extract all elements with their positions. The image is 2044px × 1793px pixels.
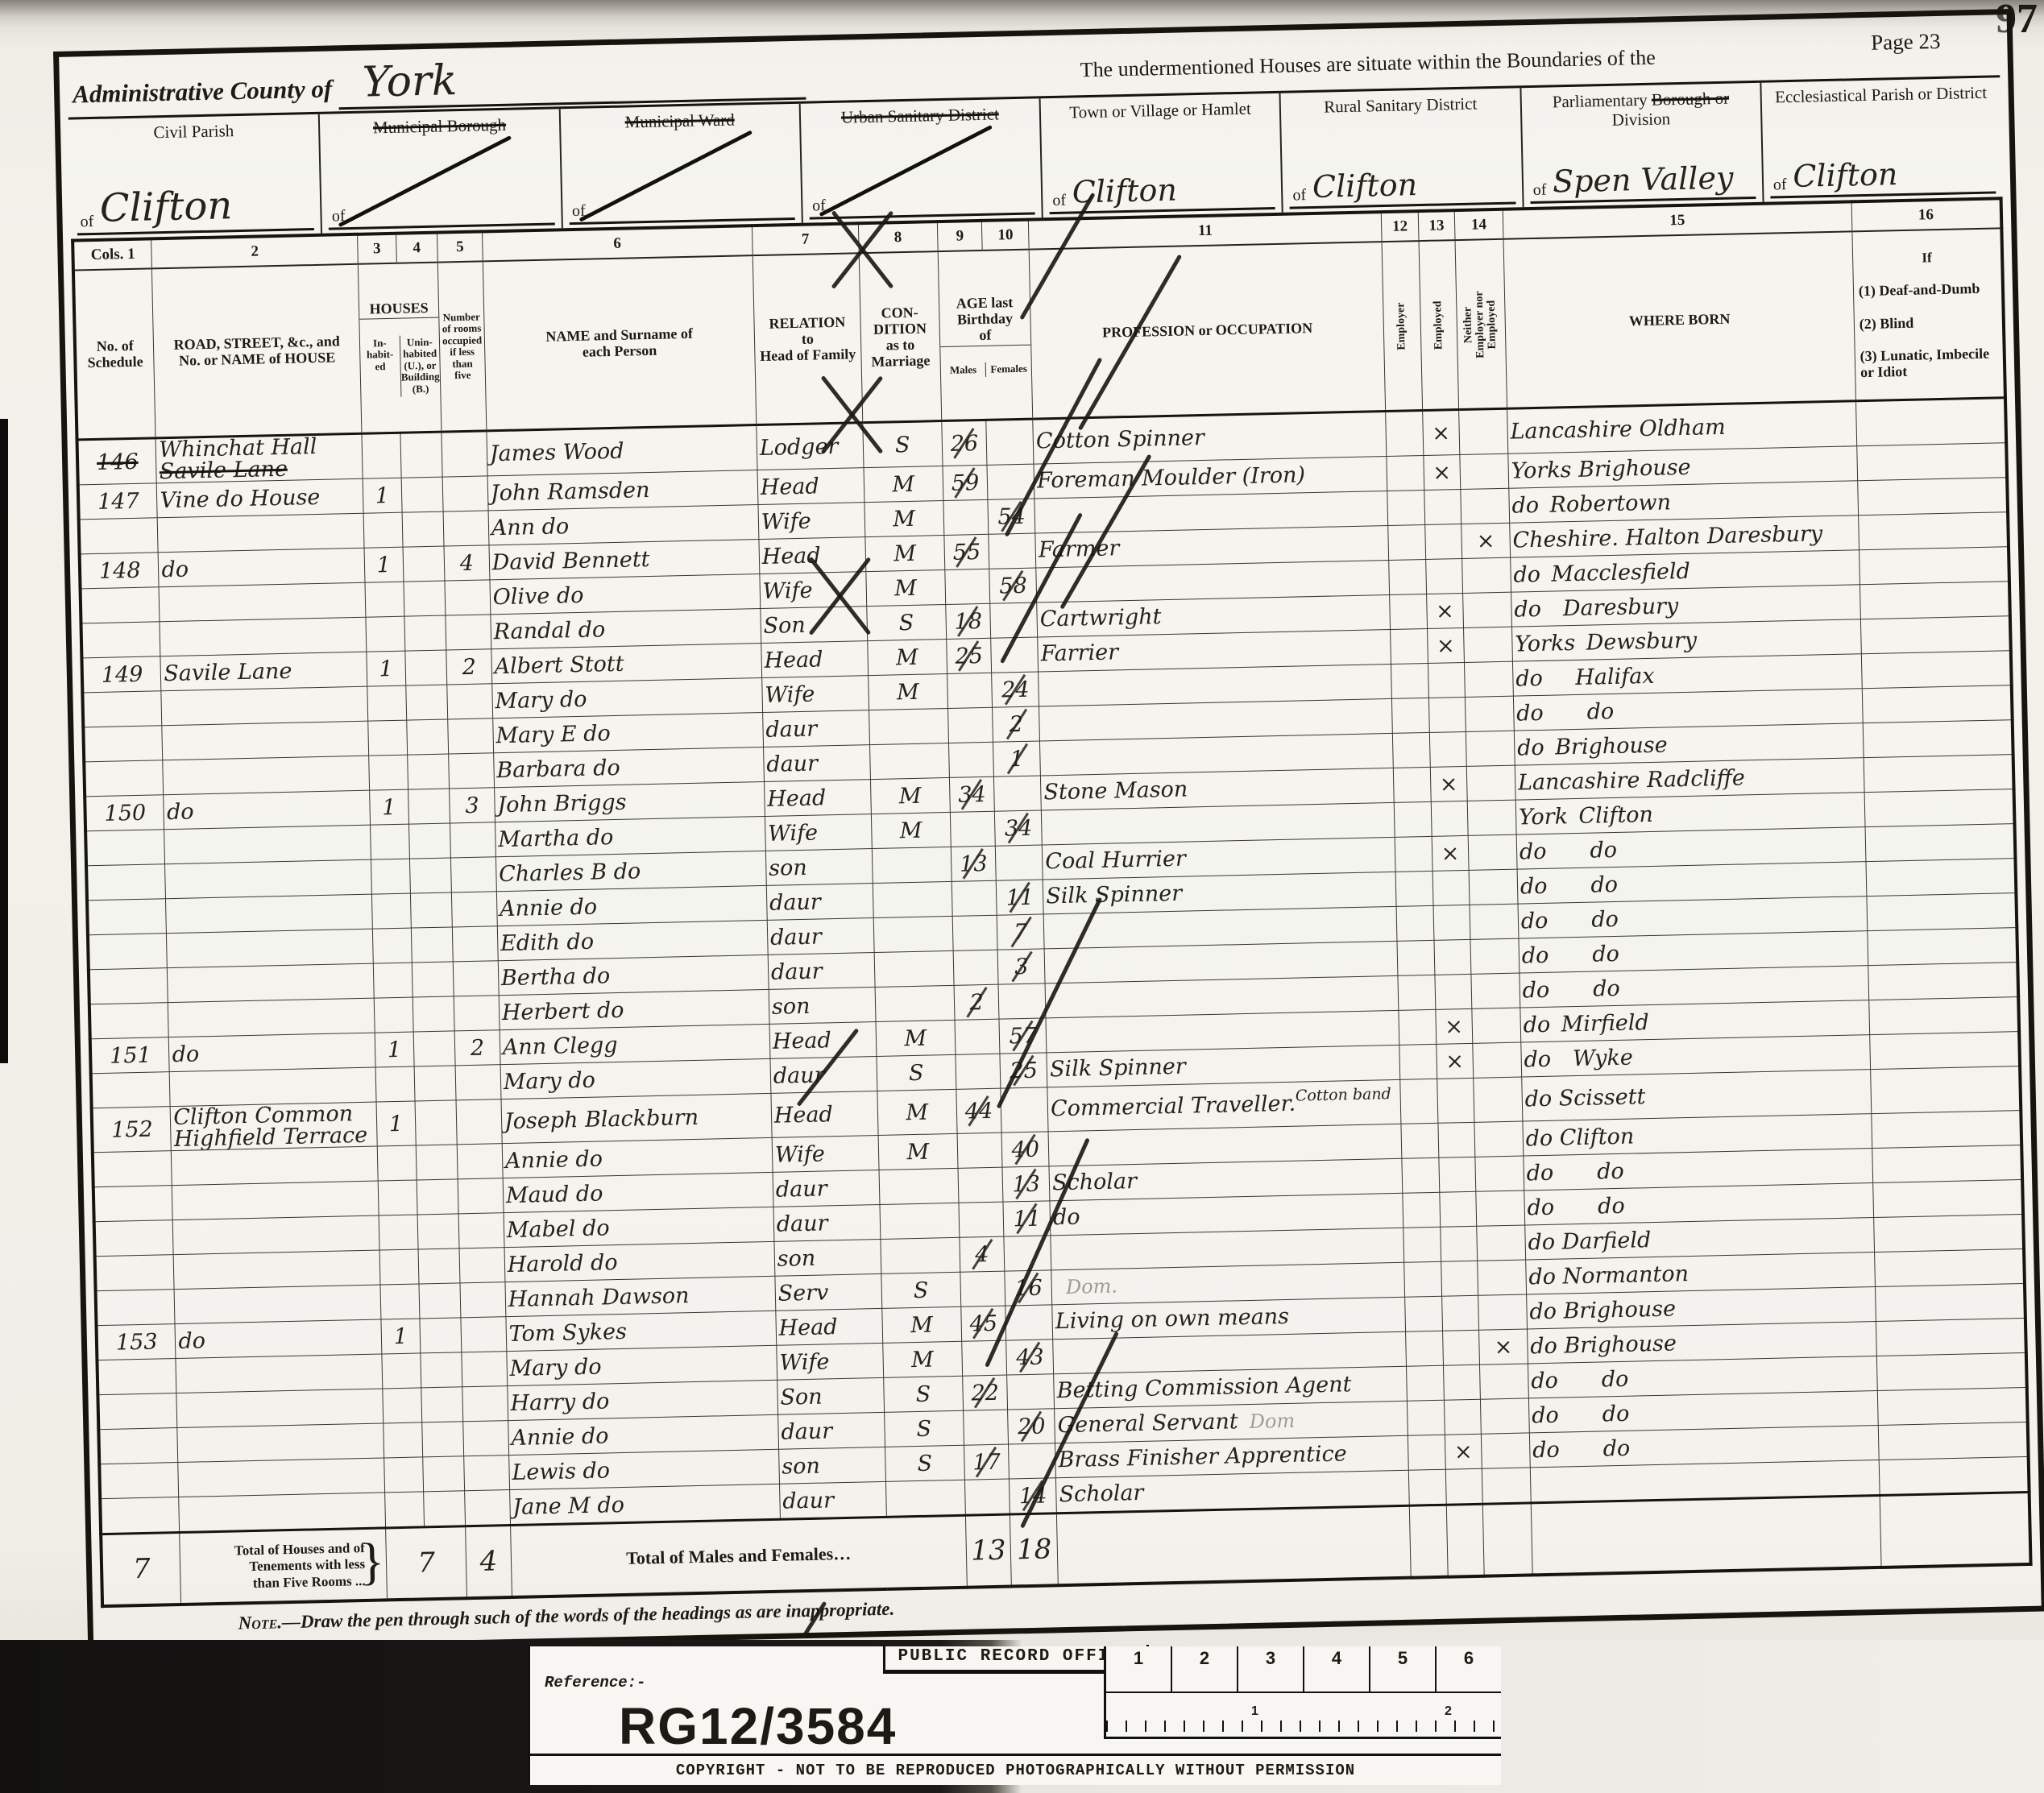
cell-neither [1471,974,1520,1009]
cell-condition [880,1203,960,1240]
cell-age-male [955,1020,1001,1055]
cell-inhabited: 1 [381,1319,420,1354]
cell-rooms: 2 [454,1030,500,1066]
cell-schedule: 153 [97,1324,176,1360]
cell-employer [1395,872,1432,907]
cell-name: Harry do [508,1381,778,1421]
cell-name: John Briggs [494,782,765,822]
cell-infirmity [1873,1215,2024,1253]
brace-glyph: } [359,1531,385,1593]
cell-rooms [462,1352,508,1387]
cell-schedule [96,1290,176,1326]
header-where-born: WHERE BORN [1503,231,1856,408]
cell-rooms [461,1317,507,1352]
cell-infirmity [1878,1422,2029,1460]
cell-rooms [453,961,499,996]
cell-inhabited [377,1145,416,1181]
cell-uninhabited [410,892,452,928]
cell-inhabited [372,929,411,964]
cell-inhabited [363,513,402,549]
cell-inhabited [380,1284,419,1319]
cell-name: Mary E do [492,713,763,753]
col-num-10: 10 [982,220,1030,251]
header-field-label: Civil Parish [75,119,313,144]
cell-inhabited [379,1249,418,1285]
cell-condition [873,917,953,953]
cell-inhabited [367,686,406,722]
cell-schedule [89,968,168,1004]
cell-schedule [94,1220,174,1257]
cell-address [178,1458,385,1497]
col-num-9: 9 [937,221,982,251]
cell-uninhabited [417,1214,459,1249]
cell-relation: Wife [765,814,872,851]
cell-employer [1396,906,1433,942]
cell-neither [1478,1294,1528,1330]
cell-name: David Bennett [489,540,760,580]
cell-relation: daur [768,953,875,990]
cell-employer [1389,560,1426,595]
cell-employed [1431,801,1468,837]
cell-employed [1439,1157,1476,1193]
cell-employer [1399,1010,1436,1046]
cell-relation: Wife [777,1344,884,1381]
cell-name: Randal do [491,609,761,649]
cell-schedule [79,518,159,554]
cell-schedule [84,760,164,797]
cell-relation: daur [762,710,869,747]
cell-infirmity [1866,859,2017,896]
header-field-label: Ecclesiastical Parish or District [1768,82,1994,106]
cell-age-male [961,1341,1007,1377]
cell-address: Clifton Common Highfield Terrace [171,1102,378,1151]
cell-where-born: Lancashire Oldham [1507,401,1856,453]
cell-schedule [83,726,163,762]
cell-age-female: 14 [1010,1478,1057,1514]
cell-condition: M [876,1021,956,1057]
header-road-street: ROAD, STREET, &c., and No. or NAME of HO… [152,264,362,438]
cell-schedule [81,587,160,623]
cell-address [168,964,375,1004]
cell-employed: × [1427,628,1464,664]
cell-uninhabited [420,1352,462,1388]
cell-infirmity [1861,651,2012,689]
cell-schedule [98,1428,178,1464]
cell-name: Ann Clegg [500,1025,770,1065]
cell-age-male [953,950,999,986]
header-field: Municipal Borough of [318,109,561,233]
cell-infirmity [1863,720,2013,758]
cell-relation: daur [777,1413,885,1450]
cell-inhabited [384,1457,423,1493]
cell-infirmity [1869,997,2020,1035]
cell-uninhabited [405,685,447,720]
cell-age-female [994,776,1042,811]
cell-condition: M [871,813,951,849]
cell-schedule: 146 [77,438,157,485]
cell-infirmity [1868,963,2019,1000]
ruler-ticks: 1 2 [1106,1700,1501,1732]
cell-inhabited [384,1422,422,1458]
cell-infirmity [1864,755,2014,793]
cell-employed [1441,1296,1478,1331]
cell-employed: × [1422,410,1460,456]
total-males-cell: 13 [965,1514,1012,1588]
cell-condition: M [870,778,950,814]
cell-inhabited: 1 [376,1101,416,1146]
header-age: AGE last Birthday of [939,292,1031,347]
cell-employed: × [1424,455,1461,491]
header-field-value: of Clifton [1289,155,1516,209]
cell-inhabited [369,756,408,791]
header-condition: CON- DITION as to Marriage [859,251,942,423]
cell-relation: son [769,988,876,1025]
cell-uninhabited [402,512,444,548]
cell-address: Vine do House [157,479,364,519]
cell-address [167,930,374,969]
cell-employed [1438,1123,1475,1158]
cell-inhabited [371,859,410,895]
cell-rooms: 4 [444,545,490,581]
cell-rooms [442,431,487,477]
cell-inhabited: 1 [367,652,405,687]
cell-rooms [457,1144,503,1179]
cell-age-female: 58 [989,568,1037,603]
cell-address [172,1181,379,1220]
cell-condition: M [866,570,946,607]
header-field-value: of Clifton [1769,144,1996,198]
cell-relation: Head [757,468,864,505]
cell-age-male [958,1168,1004,1203]
cell-age-male [945,569,991,605]
cell-address: Savile Lane [160,652,367,692]
cell-neither [1464,627,1513,663]
total-inhabited-cell: 7 [386,1526,467,1600]
cell-age-male [959,1203,1005,1238]
cell-employed [1445,1469,1482,1505]
cell-age-male: 25 [946,639,992,674]
total-males-females-label: Total of Males and Females… [510,1516,967,1598]
cell-relation: Head [769,1022,877,1059]
cell-name: Tom Sykes [506,1311,777,1352]
cell-uninhabited [406,719,448,755]
cell-uninhabited [423,1491,465,1527]
cell-name: Lewis do [508,1450,779,1490]
cell-age-male [960,1272,1006,1307]
cell-age-female [998,983,1046,1019]
cell-infirmity [1858,512,2009,550]
cell-condition [885,1480,965,1518]
cell-address [162,722,369,761]
cell-rooms [462,1386,508,1422]
copyright-line: COPYRIGHT - NOT TO BE REPRODUCED PHOTOGR… [530,1754,1501,1785]
cell-condition [875,986,955,1022]
cell-rooms [447,684,493,719]
cell-uninhabited [417,1179,458,1215]
cell-neither [1478,1260,1527,1295]
cell-name: John Ramsden [487,470,758,511]
cell-uninhabited [421,1387,462,1422]
cell-relation: Head [764,780,871,817]
cell-uninhabited [409,858,451,893]
header-houses-group: HOUSES In- habit- ed Unin- habited (U.),… [358,263,442,434]
cell-schedule: 150 [85,795,164,831]
cell-address [168,999,375,1038]
pro-stamp-card: PUBLIC RECORD OFFICE Reference:- RG12/35… [528,1646,1501,1785]
admin-county-value: York [338,49,806,110]
cell-address: Whinchat Hall Savile Lane [155,434,363,484]
cell-uninhabited [419,1283,461,1319]
cell-name: Mary do [507,1346,777,1386]
cell-age-male [957,1133,1003,1169]
cell-age-male: 44 [956,1089,1002,1134]
cell-address [170,1068,377,1108]
cell-address [164,826,371,865]
cell-address: do [169,1033,376,1073]
cell-infirmity [1862,685,2013,723]
cell-neither [1470,905,1519,940]
cell-employer [1394,768,1431,803]
cell-uninhabited [414,1066,456,1101]
header-field-label: Rural Sanitary District [1287,93,1514,117]
cell-age-female: 1 [993,741,1041,776]
cell-age-female: 54 [988,499,1035,534]
cell-employed: × [1436,1009,1473,1045]
cell-neither [1469,870,1518,905]
cell-age-female [986,420,1034,466]
cell-rooms [465,1490,511,1526]
cell-relation: Head [761,641,869,678]
cell-infirmity [1874,1249,2025,1287]
header-field-label: Municipal Borough [326,114,553,139]
cell-rooms [456,1099,502,1145]
cell-condition: M [865,536,945,572]
cell-name: Charles B do [495,851,766,892]
cell-schedule [95,1255,175,1291]
header-relation: RELATION to Head of Family [753,253,863,425]
cell-occupation: Commercial Traveller.Cotton band [1047,1080,1401,1133]
col-num-4: 4 [396,233,437,263]
cell-rooms [452,926,498,962]
cell-relation: daur [779,1482,886,1520]
cell-neither [1461,489,1510,524]
cell-uninhabited [407,754,449,789]
cell-name: Hannah Dawson [505,1277,776,1317]
ruler: 1 2 3 4 5 6 1 2 [1104,1646,1501,1739]
total-schedule-cell: 7 [101,1533,181,1607]
cell-employer [1395,837,1432,872]
cell-inhabited: 1 [363,478,401,514]
cell-relation: Lodger [757,423,864,470]
cell-condition: M [868,640,947,676]
cell-employed [1432,871,1470,906]
cell-inhabited: 1 [370,790,408,826]
cell-age-female: 3 [998,949,1046,984]
cell-neither [1465,662,1514,698]
cell-condition: S [877,1055,956,1091]
cell-address [176,1389,384,1428]
header-infirmity: If (1) Deaf-and-Dumb (2) Blind (3) Lunat… [1852,228,2005,401]
cell-rooms [449,753,495,789]
cell-condition: M [877,1090,957,1136]
cell-relation: Head [776,1309,883,1346]
cell-schedule [97,1393,177,1430]
cell-age-female: 40 [1001,1132,1049,1167]
cell-employed: × [1432,836,1469,872]
header-inhabited: In- habit- ed [360,335,401,398]
cell-condition: M [882,1307,962,1344]
cell-uninhabited [412,962,454,997]
cell-age-male: 2 [954,985,1000,1021]
census-table: Cols. 1 2 3 4 5 6 7 8 9 10 11 12 13 14 1… [71,197,2033,1608]
cell-inhabited [362,433,401,479]
cell-inhabited [373,963,412,999]
cell-name: Joseph Blackburn [501,1094,772,1144]
col-num-16: 16 [1851,198,2001,231]
cell-schedule: 148 [80,553,160,589]
cell-uninhabited [413,996,454,1032]
cell-rooms [460,1282,506,1318]
cell-uninhabited [400,433,442,478]
cell-schedule: 151 [90,1037,170,1074]
total-houses-label: Total of Houses and of Tenements with le… [180,1528,388,1605]
cell-employer [1399,1045,1437,1080]
header-schedule: No. of Schedule [73,268,156,440]
cell-uninhabited [415,1100,458,1145]
cell-schedule [89,1003,169,1039]
total-rooms-cell: 4 [466,1526,512,1599]
cell-employed [1440,1227,1477,1262]
cell-uninhabited [416,1145,458,1180]
cell-condition: S [881,1273,961,1309]
header-uninhabited: Unin- habited (U.), or Building (B.) [400,334,440,397]
cell-schedule [82,691,162,727]
cell-neither [1477,1225,1526,1261]
header-field: Parliamentary Borough or Division of Spe… [1520,83,1762,207]
cell-employer [1405,1297,1442,1332]
cell-relation: daur [766,884,873,921]
census-scan-page: 97 Administrative County of York The und… [0,0,2044,1793]
cell-name: Annie do [496,886,767,926]
cell-employer [1392,698,1429,734]
cell-infirmity [1877,1388,2028,1426]
cell-infirmity [1873,1180,2024,1218]
cell-schedule [88,934,168,970]
cell-age-female [1007,1374,1055,1410]
cell-neither: × [1461,524,1511,559]
cell-name: Olive do [490,574,761,615]
cell-employed [1434,940,1471,975]
cell-employed [1428,663,1465,698]
cell-employed [1441,1261,1478,1297]
cell-schedule [93,1186,173,1222]
cell-infirmity [1870,1032,2021,1070]
cell-schedule [86,864,166,901]
cell-infirmity [1860,616,2011,654]
cell-address [161,687,368,727]
cell-where-born: do Scissett [1522,1070,1872,1121]
cell-name: Mary do [492,678,763,718]
cell-inhabited [379,1215,417,1250]
cell-address: do [159,549,366,588]
cell-age-female: 2 [993,706,1040,742]
cell-condition [869,743,949,780]
cell-rooms [448,718,494,754]
cell-employer [1406,1331,1443,1367]
cell-employed: × [1430,767,1467,802]
cell-uninhabited [404,581,446,616]
cell-uninhabited [411,927,453,963]
cell-rooms [443,511,489,546]
cell-age-male: 22 [962,1375,1008,1410]
cell-inhabited [385,1492,424,1528]
archive-strip: PUBLIC RECORD OFFICE Reference:- RG12/35… [0,1640,2044,1793]
header-field-label: Town or Village or Hamlet [1047,98,1274,122]
cell-inhabited [368,721,407,756]
cell-age-female [996,845,1043,880]
header-field: Urban Sanitary District of [798,98,1041,222]
cell-uninhabited [418,1248,460,1284]
cell-neither: × [1479,1329,1528,1364]
cell-address [172,1146,379,1186]
cell-neither [1481,1433,1530,1468]
cell-condition: M [878,1134,958,1170]
header-field-value: of Clifton [77,181,315,235]
cell-age-male: 26 [942,420,988,466]
cell-employed [1424,490,1461,525]
cell-uninhabited [408,823,450,859]
cell-rooms [463,1421,509,1456]
cell-infirmity [1876,1353,2027,1391]
cell-inhabited [371,825,409,860]
cell-relation: Head [759,537,866,574]
cell-name: Annie do [502,1138,773,1178]
cell-neither [1466,731,1515,767]
cell-employer [1391,629,1428,665]
cell-employer [1402,1158,1439,1194]
cell-employed [1444,1400,1481,1435]
cell-relation: daur [763,745,870,782]
cell-employer [1398,975,1435,1011]
cell-name: Edith do [497,921,768,961]
cell-inhabited [365,582,404,618]
cell-neither [1466,766,1515,801]
cell-condition: M [883,1342,963,1378]
cell-address [163,756,370,796]
header-field: Town or Village or Hamlet of Clifton [1039,93,1282,217]
header-rooms: Number of rooms occupied if less than fi… [437,261,486,432]
header-neither: Neither Employer nor Employed [1455,239,1507,410]
cell-name: Herbert do [499,990,769,1030]
cell-infirmity [1868,928,2018,966]
cell-employer [1391,664,1428,699]
cell-relation: son [765,849,873,886]
cell-age-female: 43 [1006,1340,1054,1375]
cell-rooms: 2 [446,649,492,685]
cell-condition: M [868,674,947,710]
cell-age-female: 11 [997,880,1044,915]
cell-neither [1460,454,1509,490]
admin-county-label: Administrative County of [73,74,333,108]
cell-employed: × [1426,594,1463,629]
cell-age-male [947,673,993,709]
cell-condition: M [864,466,943,503]
cell-uninhabited [419,1318,461,1353]
cell-uninhabited [408,789,450,824]
cell-address [173,1215,380,1255]
cell-rooms [445,580,491,615]
cell-employed [1437,1079,1474,1124]
